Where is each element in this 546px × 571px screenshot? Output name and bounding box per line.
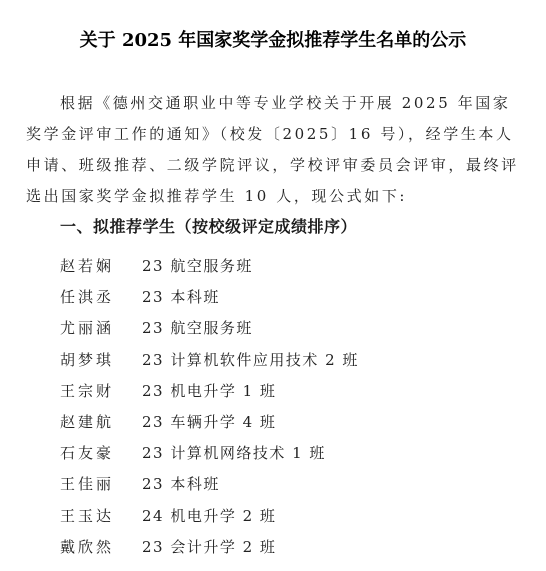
student-row: 胡梦琪 23 计算机软件应用技术 2 班 <box>60 344 359 375</box>
student-name: 王玉达 <box>60 505 142 526</box>
student-name: 石友豪 <box>60 442 142 463</box>
student-row: 戴欣然 23 会计升学 2 班 <box>60 531 359 562</box>
student-name: 戴欣然 <box>60 536 142 557</box>
student-class: 23 车辆升学 4 班 <box>142 411 276 432</box>
section-heading: 一、拟推荐学生（按校级评定成绩排序） <box>60 214 357 237</box>
student-row: 石友豪 23 计算机网络技术 1 班 <box>60 437 359 468</box>
student-row: 赵建航 23 车辆升学 4 班 <box>60 406 359 437</box>
student-row: 尤丽涵 23 航空服务班 <box>60 312 359 343</box>
document-title: 关于 2025 年国家奖学金拟推荐学生名单的公示 <box>0 26 546 52</box>
student-row: 王佳丽 23 本科班 <box>60 468 359 499</box>
student-name: 任淇丞 <box>60 286 142 307</box>
student-class: 23 本科班 <box>142 473 220 494</box>
student-class: 23 航空服务班 <box>142 255 253 276</box>
student-name: 尤丽涵 <box>60 317 142 338</box>
student-class: 23 会计升学 2 班 <box>142 536 276 557</box>
student-class: 23 计算机软件应用技术 2 班 <box>142 349 359 370</box>
student-row: 任淇丞 23 本科班 <box>60 281 359 312</box>
intro-paragraph: 根据《德州交通职业中等专业学校关于开展 2025 年国家奖学金评审工作的通知》（… <box>26 88 526 212</box>
student-row: 赵若娴 23 航空服务班 <box>60 250 359 281</box>
student-class: 24 机电升学 2 班 <box>142 505 276 526</box>
student-name: 王宗财 <box>60 380 142 401</box>
student-class: 23 机电升学 1 班 <box>142 380 276 401</box>
student-class: 23 本科班 <box>142 286 220 307</box>
student-row: 王宗财 23 机电升学 1 班 <box>60 375 359 406</box>
student-name: 胡梦琪 <box>60 349 142 370</box>
student-name: 赵若娴 <box>60 255 142 276</box>
student-name: 赵建航 <box>60 411 142 432</box>
student-list: 赵若娴 23 航空服务班 任淇丞 23 本科班 尤丽涵 23 航空服务班 胡梦琪… <box>60 250 359 562</box>
student-class: 23 计算机网络技术 1 班 <box>142 442 326 463</box>
student-class: 23 航空服务班 <box>142 317 253 338</box>
student-row: 王玉达 24 机电升学 2 班 <box>60 500 359 531</box>
student-name: 王佳丽 <box>60 473 142 494</box>
